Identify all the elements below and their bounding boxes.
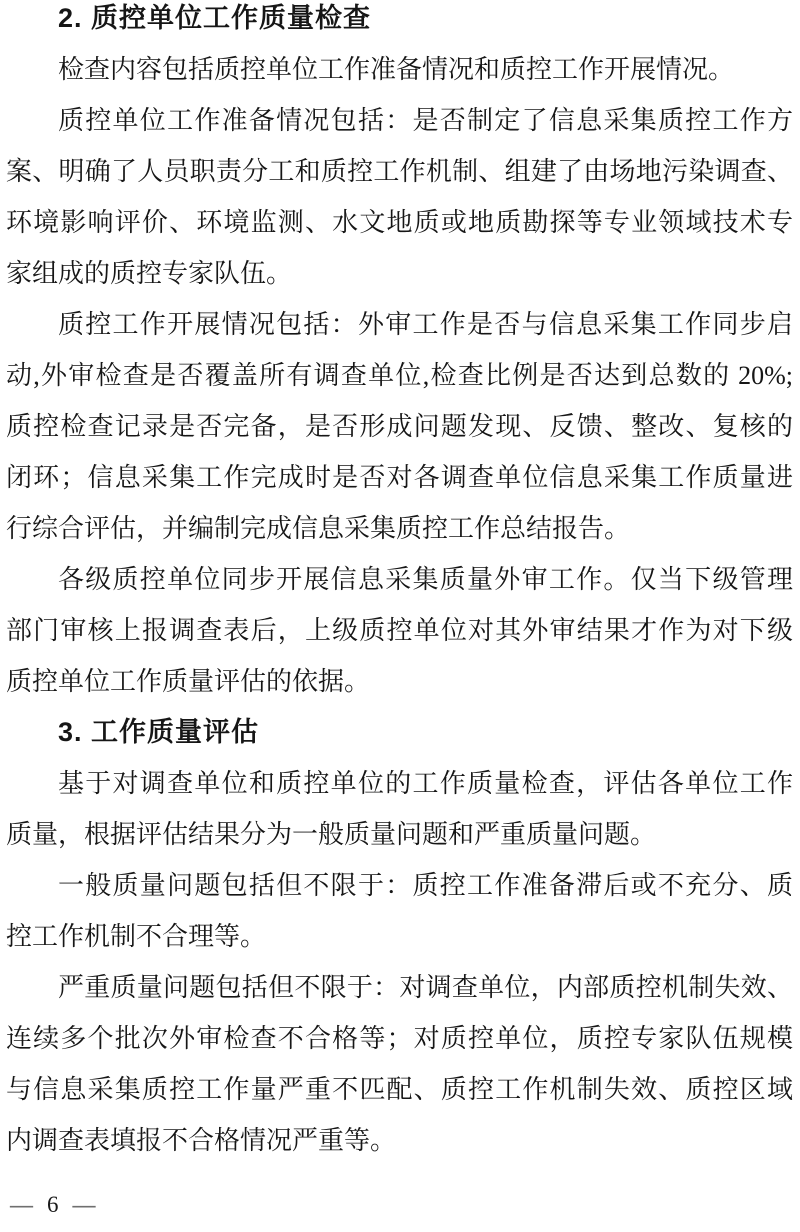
text-line: 案、明确了人员职责分工和质控工作机制、组建了由场地污染调查、	[6, 146, 793, 197]
text-line: 质量，根据评估结果分为一般质量问题和严重质量问题。	[6, 809, 793, 860]
text-line: 环境影响评价、环境监测、水文地质或地质勘探等专业领域技术专	[6, 197, 793, 248]
text-line: 严重质量问题包括但不限于：对调查单位，内部质控机制失效、	[6, 962, 793, 1013]
text-line: 与信息采集质控工作量严重不匹配、质控工作机制失效、质控区域	[6, 1064, 793, 1115]
text-line: 质控单位工作准备情况包括：是否制定了信息采集质控工作方	[6, 95, 793, 146]
text-line: 行综合评估，并编制完成信息采集质控工作总结报告。	[6, 503, 793, 554]
text-line: 质控检查记录是否完备，是否形成问题发现、反馈、整改、复核的	[6, 401, 793, 452]
section-heading: 2. 质控单位工作质量检查	[6, 0, 793, 44]
document-page: 2. 质控单位工作质量检查检查内容包括质控单位工作准备情况和质控工作开展情况。质…	[0, 0, 800, 1225]
text-line: 家组成的质控专家队伍。	[6, 248, 793, 299]
page-number-left-dash: —	[10, 1193, 33, 1217]
section-heading: 3. 工作质量评估	[6, 707, 793, 758]
text-line: 检查内容包括质控单位工作准备情况和质控工作开展情况。	[6, 44, 793, 95]
text-lines: 2. 质控单位工作质量检查检查内容包括质控单位工作准备情况和质控工作开展情况。质…	[0, 0, 800, 1166]
page-number: — 6 —	[10, 1193, 96, 1217]
text-line: 部门审核上报调查表后，上级质控单位对其外审结果才作为对下级	[6, 605, 793, 656]
text-line: 动,外审检查是否覆盖所有调查单位,检查比例是否达到总数的 20%;	[6, 350, 793, 401]
page-number-right-dash: —	[73, 1193, 96, 1217]
page-number-value: 6	[47, 1193, 59, 1217]
text-line: 一般质量问题包括但不限于：质控工作准备滞后或不充分、质	[6, 860, 793, 911]
text-line: 质控工作开展情况包括：外审工作是否与信息采集工作同步启	[6, 299, 793, 350]
text-line: 质控单位工作质量评估的依据。	[6, 656, 793, 707]
text-line: 内调查表填报不合格情况严重等。	[6, 1115, 793, 1166]
text-line: 控工作机制不合理等。	[6, 911, 793, 962]
text-line: 基于对调查单位和质控单位的工作质量检查，评估各单位工作	[6, 758, 793, 809]
text-line: 闭环；信息采集工作完成时是否对各调查单位信息采集工作质量进	[6, 452, 793, 503]
text-line: 各级质控单位同步开展信息采集质量外审工作。仅当下级管理	[6, 554, 793, 605]
text-line: 连续多个批次外审检查不合格等；对质控单位，质控专家队伍规模	[6, 1013, 793, 1064]
